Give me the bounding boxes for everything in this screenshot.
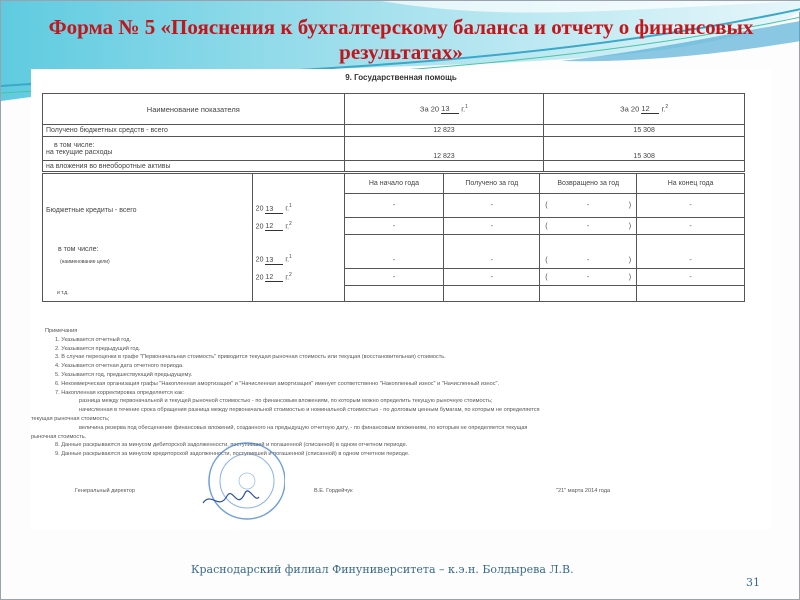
official-stamp-icon — [199, 441, 285, 527]
note-subitem: разница между первоначальной и текущей р… — [45, 397, 765, 406]
section-heading: 9. Государственная помощь — [31, 73, 771, 82]
footnote-ref: 1 — [289, 254, 292, 260]
row-label: в том числе: (наименование цели) — [43, 235, 253, 269]
header-indicator: Наименование показателя — [43, 94, 345, 125]
table-row: и т.д. — [43, 286, 745, 302]
scanned-form: 9. Государственная помощь Наименование п… — [31, 69, 771, 529]
slide-footer: Краснодарский филиал Финуниверситета – к… — [191, 563, 574, 576]
note-item: 4. Указывается отчетная дата отчетного п… — [45, 362, 765, 371]
row-label: на вложения во внеоборотные активы — [43, 161, 345, 172]
row-label: в том числе: на текущие расходы — [43, 137, 345, 161]
col-header: На начало года — [344, 174, 444, 194]
note-subitem: рыночная стоимость. — [31, 433, 765, 442]
table-header-row: Наименование показателя За 20 13 г.1 За … — [43, 94, 745, 125]
row-year: 20 12 г.2 — [252, 269, 344, 286]
year-value: 13 — [265, 206, 283, 214]
header-year-current: За 20 13 г.1 — [344, 94, 544, 125]
table-row: Получено бюджетных средств - всего 12 82… — [43, 125, 745, 137]
cell-end: - — [637, 194, 745, 218]
cell-returned: (-) — [540, 218, 637, 235]
footnote-ref: 2 — [665, 104, 668, 110]
notes-title: Примечания — [45, 327, 765, 336]
signature-position: Генеральный директор — [75, 488, 135, 494]
cell-value: 15 308 — [544, 125, 745, 137]
year-prefix: 20 — [256, 223, 264, 230]
cell-value: 12 823 — [344, 125, 544, 137]
notes-section: Примечания 1. Указывается отчетный год. … — [45, 327, 765, 459]
year-value: 13 — [265, 257, 283, 265]
note-item: 1. Указывается отчетный год. — [45, 336, 765, 345]
signature-name: В.Е. Гордейчук — [314, 488, 353, 494]
table-row: 20 12 г.2 - - (-) - — [43, 218, 745, 235]
cell-value — [344, 161, 544, 172]
cell-value: 12 823 — [344, 137, 544, 161]
col-header: Возвращено за год — [540, 174, 637, 194]
cell-returned: (-) — [540, 269, 637, 286]
budget-credits-table: На начало года Получено за год Возвращен… — [42, 173, 745, 302]
cell-received: - — [444, 194, 540, 218]
note-subitem: начисленная в течение срока обращения ра… — [45, 406, 765, 415]
cell-end: - — [637, 269, 745, 286]
signature-date: "21" марта 2014 года — [556, 488, 610, 494]
row-label: Бюджетные кредиты - всего — [43, 194, 253, 218]
note-subitem: величина резерва под обесценение финансо… — [45, 424, 765, 433]
note-item: 7. Накопленная корректировка определяетс… — [45, 389, 765, 398]
returned-value: - — [587, 223, 589, 230]
note-item: 2. Указывается предыдущий год. — [45, 345, 765, 354]
col-header: Получено за год — [444, 174, 540, 194]
etc-label: и т.д. — [43, 286, 253, 302]
year-prefix: За 20 — [420, 104, 439, 113]
table-row: Бюджетные кредиты - всего 20 13 г.1 - - … — [43, 194, 745, 218]
cell-received: - — [444, 235, 540, 269]
row-year: 20 13 г.1 — [252, 235, 344, 269]
table-row: в том числе: на текущие расходы 12 823 1… — [43, 137, 745, 161]
header-year-previous: За 20 12 г.2 — [544, 94, 745, 125]
year-value: 12 — [641, 104, 659, 114]
note-item: 8. Данные раскрываются за минусом дебито… — [45, 441, 765, 450]
cell-returned: (-) — [540, 194, 637, 218]
returned-value: - — [587, 202, 589, 209]
cell-received: - — [444, 269, 540, 286]
returned-value: - — [587, 274, 589, 281]
year-value: 12 — [265, 223, 283, 231]
footnote-ref: 1 — [289, 203, 292, 209]
year-value: 12 — [265, 274, 283, 282]
returned-value: - — [587, 257, 589, 264]
note-item: 3. В случае переоценки в графе "Первонач… — [45, 353, 765, 362]
table-header-row: На начало года Получено за год Возвращен… — [43, 174, 745, 194]
year-prefix: 20 — [256, 206, 264, 213]
note-item: 5. Указывается год, предшествующий преды… — [45, 371, 765, 380]
table-row: в том числе: (наименование цели) 20 13 г… — [43, 235, 745, 269]
cell-start: - — [344, 218, 444, 235]
note-item: 6. Некоммерческая организация графы "Нак… — [45, 380, 765, 389]
note-subitem: текущая рыночная стоимость; — [31, 415, 765, 424]
footnote-ref: 2 — [289, 272, 292, 278]
cell-start: - — [344, 194, 444, 218]
slide-title: Форма № 5 «Пояснения к бухгалтерскому ба… — [41, 15, 761, 65]
cell-start: - — [344, 269, 444, 286]
page-number: 31 — [746, 576, 760, 589]
cell-received: - — [444, 218, 540, 235]
cell-value: 15 308 — [544, 137, 745, 161]
slide: Форма № 5 «Пояснения к бухгалтерскому ба… — [0, 0, 800, 600]
budget-funds-table: Наименование показателя За 20 13 г.1 За … — [42, 93, 745, 172]
row-sublabel: в том числе: — [46, 142, 341, 149]
cell-start: - — [344, 235, 444, 269]
purpose-label: (наименование цели) — [46, 259, 249, 265]
row-year: 20 13 г.1 — [252, 194, 344, 218]
cell-end: - — [637, 218, 745, 235]
cell-returned: (-) — [540, 235, 637, 269]
table-row: 20 12 г.2 - - (-) - — [43, 269, 745, 286]
footnote-ref: 2 — [289, 221, 292, 227]
row-year: 20 12 г.2 — [252, 218, 344, 235]
included-label: в том числе: — [46, 246, 249, 253]
footnote-ref: 1 — [465, 104, 468, 110]
year-value: 13 — [441, 104, 459, 114]
year-prefix: 20 — [256, 257, 264, 264]
cell-value — [544, 161, 745, 172]
table-row: на вложения во внеоборотные активы — [43, 161, 745, 172]
row-label: Получено бюджетных средств - всего — [43, 125, 345, 137]
row-label-text: на текущие расходы — [46, 149, 341, 156]
col-header: На конец года — [637, 174, 745, 194]
note-item: 9. Данные раскрываются за минусом кредит… — [45, 450, 765, 459]
year-prefix: 20 — [256, 274, 264, 281]
year-prefix: За 20 — [620, 104, 639, 113]
cell-end: - — [637, 235, 745, 269]
